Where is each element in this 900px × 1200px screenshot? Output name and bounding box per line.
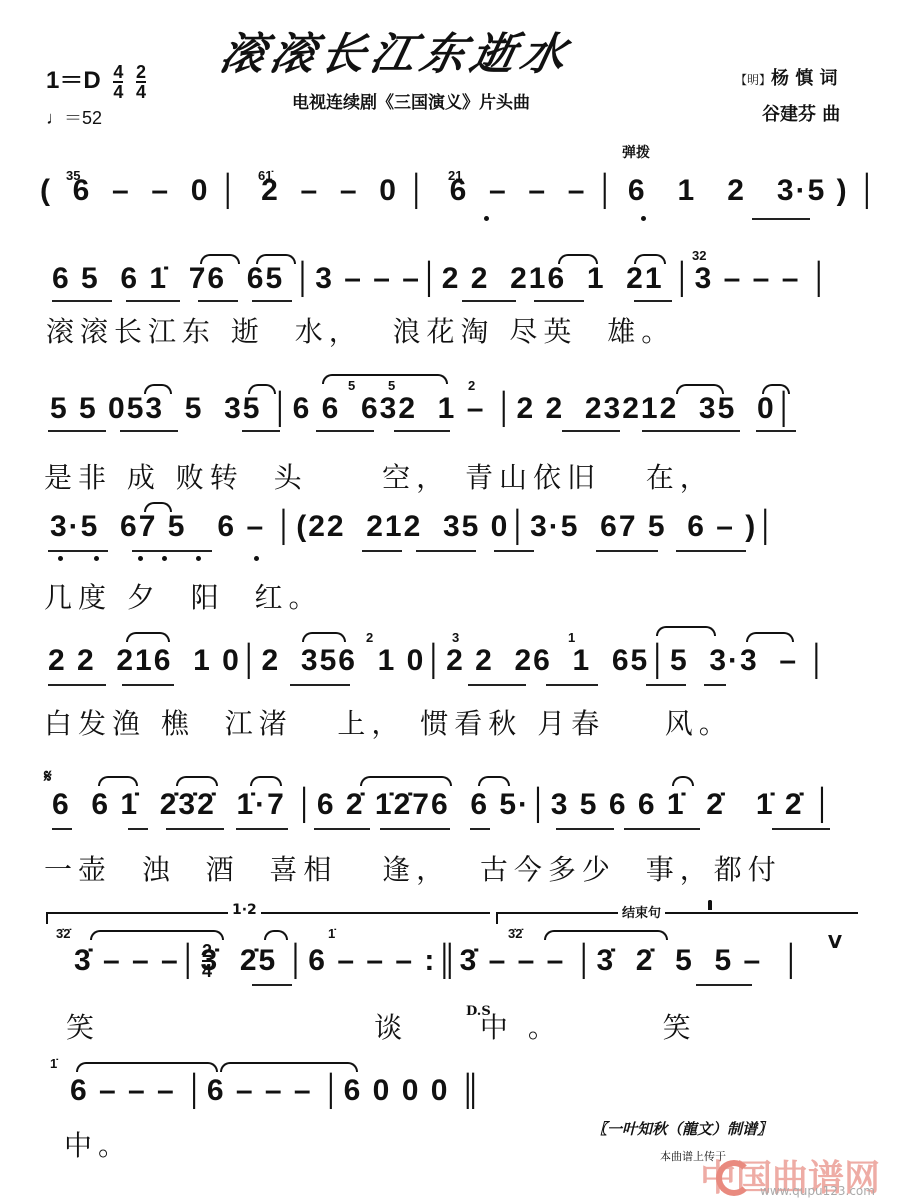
underline	[48, 550, 108, 552]
underline	[48, 684, 106, 686]
underline	[562, 430, 620, 432]
notation-line: 3·5 67 5 6 – │(22 212 35 0│3·5 67 5 6 – …	[50, 510, 778, 544]
grace-note: 32	[692, 248, 706, 263]
underline	[704, 684, 726, 686]
underline	[122, 684, 174, 686]
time-signature-4-4: 44	[113, 63, 123, 101]
underline	[236, 828, 288, 830]
technique-annotation: 弹拨	[622, 142, 650, 162]
underline	[676, 550, 746, 552]
volta-bracket-edge	[496, 912, 498, 924]
low-octave-dot	[196, 556, 201, 561]
slur	[264, 930, 288, 940]
volta-2-label: 结束句	[618, 902, 665, 921]
underline	[252, 984, 292, 986]
notation-line: 3̇ – – –│3̇ 2̇5 │6 – – – :║3̇ – – – │3̇ …	[74, 944, 804, 978]
underline	[752, 218, 810, 220]
underline	[596, 550, 658, 552]
segno-icon: 𝄋	[44, 766, 52, 787]
low-octave-dot	[138, 556, 143, 561]
underline	[242, 430, 280, 432]
slur	[176, 776, 218, 786]
grace-note: 1̇	[50, 1056, 57, 1071]
tie	[220, 1062, 358, 1072]
lyrics-line: 中。	[64, 1124, 132, 1164]
underline	[362, 550, 402, 552]
underline	[380, 828, 450, 830]
lyrics-line: 是非 成 败转 头 空， 青山依旧 在，	[44, 456, 714, 496]
underline	[128, 828, 148, 830]
notation-line: 6 5 6 1̇ 76 65 │3 – – –│2 2 216 1 21 │3 …	[52, 262, 831, 296]
slur	[250, 776, 282, 786]
tie	[76, 1062, 218, 1072]
lyrics-line: 几度 夕 阳 红。	[44, 576, 323, 616]
grace-note: 1̇	[328, 926, 335, 941]
underline	[52, 300, 112, 302]
low-octave-dot	[162, 556, 167, 561]
underline	[624, 828, 700, 830]
grace-note: 2	[468, 378, 475, 393]
volta-bracket-1	[46, 912, 490, 914]
tempo-marking: ♩＝52	[46, 104, 102, 130]
grace-note: 3	[452, 630, 459, 645]
slur	[126, 632, 170, 642]
lyricist: 【明】杨 慎 词	[735, 64, 838, 90]
time-signature-2-4: 24	[136, 63, 146, 101]
underline	[394, 430, 450, 432]
underline	[642, 430, 740, 432]
underline	[634, 300, 672, 302]
grace-note: 2	[366, 630, 373, 645]
underline	[696, 984, 752, 986]
composer: 谷建芬 曲	[762, 100, 840, 126]
key-label: 1＝D	[46, 67, 101, 94]
volta-bracket-edge	[46, 912, 48, 924]
underline	[314, 828, 370, 830]
volta-bracket-2	[496, 912, 858, 914]
low-octave-dot	[641, 216, 646, 221]
slur	[656, 626, 716, 636]
underline	[290, 684, 350, 686]
slur	[708, 900, 712, 910]
underline	[462, 300, 516, 302]
time-change-2-4: 24	[202, 942, 212, 980]
underline	[534, 300, 584, 302]
lyrics-line: 白发渔 樵 江渚 上， 惯看秋 月春 风。	[44, 702, 733, 742]
slur	[746, 632, 794, 642]
underline	[198, 300, 238, 302]
low-octave-dot	[94, 556, 99, 561]
lyrics-line: 滚滚长江东 逝 水， 浪花淘 尽英 雄。	[46, 310, 675, 350]
underline	[470, 828, 490, 830]
underline	[166, 828, 224, 830]
breath-mark: V	[828, 932, 842, 953]
slur	[360, 776, 452, 786]
underline	[52, 828, 72, 830]
notation-line: 6 – – – │6 – – – │6 0 0 0 ║	[70, 1074, 483, 1108]
slur	[478, 776, 510, 786]
notation-line: 2 2 216 1 0│2 356 1 0│2 2 26 1 65│5 3·3 …	[48, 644, 829, 678]
transcriber-credit: 〖一叶知秋（龍文）制谱〗	[592, 1118, 772, 1139]
underline	[48, 430, 106, 432]
underline	[316, 430, 374, 432]
notation-line: ( 6 – – 0 │ 2 – – 0 │ 6 – – – │ 6 1 2 3·…	[40, 174, 880, 208]
underline	[646, 684, 686, 686]
lyrics-line: 一壶 浊 酒 喜相 逢， 古今多少 事，都付	[44, 848, 782, 888]
slur	[322, 374, 448, 384]
volta-1-label: 1·2	[228, 902, 261, 918]
tie	[544, 930, 668, 940]
underline	[120, 430, 178, 432]
underline	[416, 550, 476, 552]
underline	[126, 300, 180, 302]
song-subtitle: 电视连续剧《三国演义》片头曲	[292, 88, 530, 113]
grace-note: 1	[568, 630, 575, 645]
slur	[672, 776, 694, 786]
grace-note: 3̇2̇	[56, 926, 70, 941]
grace-note: 3̇2̇	[508, 926, 522, 941]
underline	[546, 684, 598, 686]
lyrics-line: 笑 谈 中。 笑 谈	[66, 1006, 900, 1046]
underline	[132, 550, 212, 552]
underline	[252, 300, 292, 302]
slur	[98, 776, 138, 786]
slur	[302, 632, 346, 642]
underline	[468, 684, 526, 686]
low-octave-dot	[484, 216, 489, 221]
underline	[756, 430, 796, 432]
underline	[494, 550, 534, 552]
low-octave-dot	[58, 556, 63, 561]
song-title: 滚滚长江东逝水	[215, 18, 579, 82]
underline	[772, 828, 830, 830]
underline	[556, 828, 614, 830]
tie	[90, 930, 224, 940]
watermark-url: www.qupu123.com	[760, 1184, 875, 1198]
low-octave-dot	[254, 556, 259, 561]
notation-line: 6 6 1̇ 2̇3̇2̇ 1̇·7 │6 2̇ 1̇2̇76 6 5·│3 5…	[52, 788, 835, 822]
key-signature: 1＝D 44 24	[46, 60, 146, 101]
notation-line: 5 5 053 5 35 │6 6 632 1 – │2 2 23212 35 …	[50, 392, 796, 426]
